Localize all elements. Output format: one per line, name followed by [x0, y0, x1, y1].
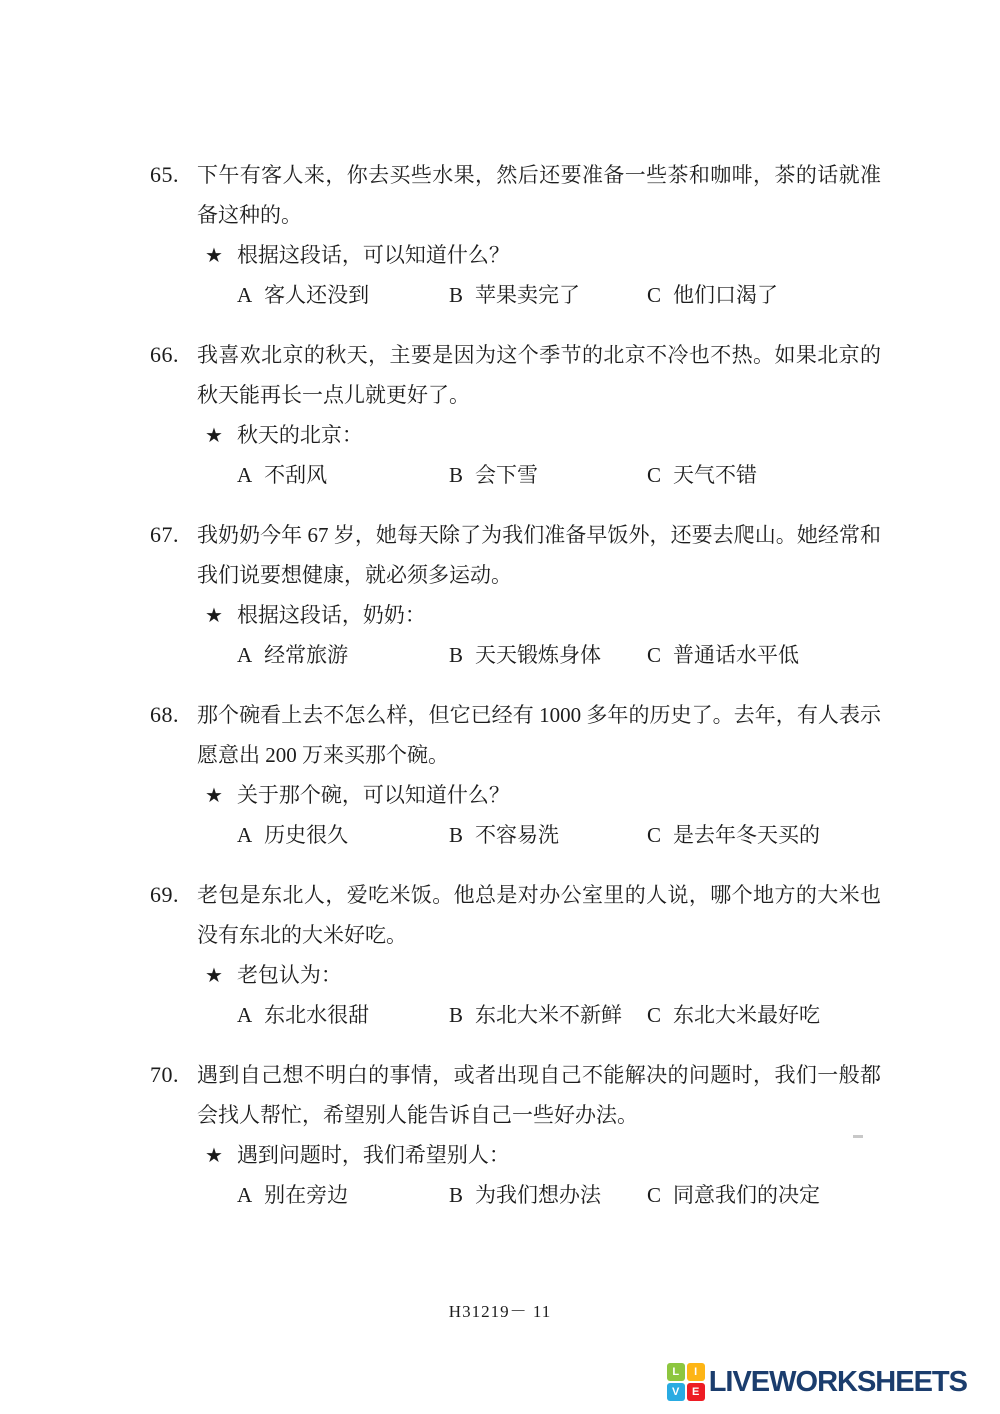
option-a-text: 经常旅游 [264, 635, 348, 675]
star-prompt-text: 老包认为： [237, 955, 342, 995]
option-c[interactable]: C 同意我们的决定 [647, 1175, 1000, 1215]
option-b[interactable]: B 不容易洗 [449, 815, 647, 855]
options-row: A 客人还没到 B 苹果卖完了 C 他们口渴了 [197, 275, 1000, 315]
question-passage: 遇到自己想不明白的事情，或者出现自己不能解决的问题时，我们一般都会找人帮忙，希望… [197, 1055, 881, 1135]
option-c-text: 普通话水平低 [673, 635, 799, 675]
star-prompt-text: 秋天的北京： [237, 415, 363, 455]
worksheet-page: 65. 下午有客人来，你去买些水果，然后还要准备一些茶和咖啡，茶的话就准备这种的… [0, 0, 1000, 1414]
option-b-letter: B [449, 455, 463, 495]
question-number: 68. [150, 695, 179, 735]
option-c-letter: C [647, 995, 661, 1035]
logo-tile-l: L [667, 1363, 685, 1381]
star-icon: ★ [205, 595, 223, 635]
option-b-letter: B [449, 815, 463, 855]
question-number: 70. [150, 1055, 179, 1095]
option-c-letter: C [647, 275, 661, 315]
star-prompt-text: 根据这段话，奶奶： [237, 595, 426, 635]
logo-tile-i: I [687, 1363, 705, 1381]
option-c-text: 天气不错 [673, 455, 757, 495]
options-row: A 不刮风 B 会下雪 C 天气不错 [197, 455, 1000, 495]
star-prompt-row: ★ 老包认为： [197, 955, 1000, 995]
question-number: 66. [150, 335, 179, 375]
question-block: 67. 我奶奶今年 67 岁，她每天除了为我们准备早饭外，还要去爬山。她经常和我… [0, 515, 1000, 675]
question-block: 70. 遇到自己想不明白的事情，或者出现自己不能解决的问题时，我们一般都会找人帮… [0, 1055, 1000, 1215]
question-passage: 我喜欢北京的秋天，主要是因为这个季节的北京不冷也不热。如果北京的秋天能再长一点儿… [197, 335, 881, 415]
option-b[interactable]: B 为我们想办法 [449, 1175, 647, 1215]
question-block: 69. 老包是东北人，爱吃米饭。他总是对办公室里的人说，哪个地方的大米也没有东北… [0, 875, 1000, 1035]
logo-tile-v: V [667, 1383, 685, 1401]
option-a[interactable]: A 历史很久 [237, 815, 449, 855]
star-prompt-text: 根据这段话，可以知道什么？ [237, 235, 510, 275]
question-passage: 下午有客人来，你去买些水果，然后还要准备一些茶和咖啡，茶的话就准备这种的。 [197, 155, 881, 235]
liveworksheets-logo: L I V E LIVEWORKSHEETS [667, 1363, 967, 1401]
question-number: 69. [150, 875, 179, 915]
option-b-letter: B [449, 995, 463, 1035]
option-b[interactable]: B 会下雪 [449, 455, 647, 495]
option-b-text: 东北大米不新鲜 [475, 995, 622, 1035]
star-icon: ★ [205, 415, 223, 455]
option-c-text: 东北大米最好吃 [673, 995, 820, 1035]
scan-artifact-mark [853, 1127, 863, 1138]
option-a[interactable]: A 不刮风 [237, 455, 449, 495]
star-icon: ★ [205, 955, 223, 995]
option-b-letter: B [449, 635, 463, 675]
logo-tile-e: E [687, 1383, 705, 1401]
star-prompt-row: ★ 遇到问题时，我们希望别人： [197, 1135, 1000, 1175]
option-a[interactable]: A 别在旁边 [237, 1175, 449, 1215]
option-c[interactable]: C 他们口渴了 [647, 275, 1000, 315]
option-a-text: 东北水很甜 [264, 995, 369, 1035]
star-prompt-text: 关于那个碗，可以知道什么？ [237, 775, 510, 815]
star-icon: ★ [205, 775, 223, 815]
option-b-text: 会下雪 [475, 455, 538, 495]
options-row: A 历史很久 B 不容易洗 C 是去年冬天买的 [197, 815, 1000, 855]
option-a-text: 客人还没到 [264, 275, 369, 315]
options-row: A 东北水很甜 B 东北大米不新鲜 C 东北大米最好吃 [197, 995, 1000, 1035]
options-row: A 别在旁边 B 为我们想办法 C 同意我们的决定 [197, 1175, 1000, 1215]
option-b[interactable]: B 苹果卖完了 [449, 275, 647, 315]
option-a-text: 历史很久 [264, 815, 348, 855]
question-number: 67. [150, 515, 179, 555]
option-c-letter: C [647, 815, 661, 855]
option-a-text: 别在旁边 [264, 1175, 348, 1215]
option-a-letter: A [237, 995, 252, 1035]
option-b-letter: B [449, 1175, 463, 1215]
star-prompt-text: 遇到问题时，我们希望别人： [237, 1135, 510, 1175]
option-a-letter: A [237, 635, 252, 675]
option-a[interactable]: A 经常旅游 [237, 635, 449, 675]
star-prompt-row: ★ 关于那个碗，可以知道什么？ [197, 775, 1000, 815]
question-block: 65. 下午有客人来，你去买些水果，然后还要准备一些茶和咖啡，茶的话就准备这种的… [0, 155, 1000, 315]
questions-section: 65. 下午有客人来，你去买些水果，然后还要准备一些茶和咖啡，茶的话就准备这种的… [0, 0, 1000, 1215]
liveworksheets-logo-icon: L I V E [667, 1363, 705, 1401]
option-c[interactable]: C 东北大米最好吃 [647, 995, 1000, 1035]
question-block: 66. 我喜欢北京的秋天，主要是因为这个季节的北京不冷也不热。如果北京的秋天能再… [0, 335, 1000, 495]
option-c-text: 是去年冬天买的 [673, 815, 820, 855]
star-prompt-row: ★ 秋天的北京： [197, 415, 1000, 455]
page-footer: H31219－ 11 [0, 1297, 1000, 1322]
option-b-text: 苹果卖完了 [475, 275, 580, 315]
star-icon: ★ [205, 235, 223, 275]
question-number: 65. [150, 155, 179, 195]
option-c-text: 他们口渴了 [673, 275, 778, 315]
option-c-letter: C [647, 635, 661, 675]
option-c[interactable]: C 是去年冬天买的 [647, 815, 1000, 855]
option-b-text: 为我们想办法 [475, 1175, 601, 1215]
option-b-letter: B [449, 275, 463, 315]
option-a[interactable]: A 客人还没到 [237, 275, 449, 315]
question-passage: 我奶奶今年 67 岁，她每天除了为我们准备早饭外，还要去爬山。她经常和我们说要想… [197, 515, 881, 595]
option-a-text: 不刮风 [264, 455, 327, 495]
option-a-letter: A [237, 455, 252, 495]
option-c-letter: C [647, 455, 661, 495]
option-c-letter: C [647, 1175, 661, 1215]
option-c[interactable]: C 天气不错 [647, 455, 1000, 495]
option-a-letter: A [237, 275, 252, 315]
option-b-text: 不容易洗 [475, 815, 559, 855]
option-b[interactable]: B 东北大米不新鲜 [449, 995, 647, 1035]
option-a-letter: A [237, 815, 252, 855]
option-a-letter: A [237, 1175, 252, 1215]
star-icon: ★ [205, 1135, 223, 1175]
option-b-text: 天天锻炼身体 [475, 635, 601, 675]
question-passage: 老包是东北人，爱吃米饭。他总是对办公室里的人说，哪个地方的大米也没有东北的大米好… [197, 875, 881, 955]
liveworksheets-wordmark: LIVEWORKSHEETS [709, 1366, 967, 1399]
option-a[interactable]: A 东北水很甜 [237, 995, 449, 1035]
question-block: 68. 那个碗看上去不怎么样，但它已经有 1000 多年的历史了。去年，有人表示… [0, 695, 1000, 855]
option-b[interactable]: B 天天锻炼身体 [449, 635, 647, 675]
star-prompt-row: ★ 根据这段话，奶奶： [197, 595, 1000, 635]
option-c-text: 同意我们的决定 [673, 1175, 820, 1215]
star-prompt-row: ★ 根据这段话，可以知道什么？ [197, 235, 1000, 275]
option-c[interactable]: C 普通话水平低 [647, 635, 1000, 675]
question-passage: 那个碗看上去不怎么样，但它已经有 1000 多年的历史了。去年，有人表示愿意出 … [197, 695, 881, 775]
options-row: A 经常旅游 B 天天锻炼身体 C 普通话水平低 [197, 635, 1000, 675]
